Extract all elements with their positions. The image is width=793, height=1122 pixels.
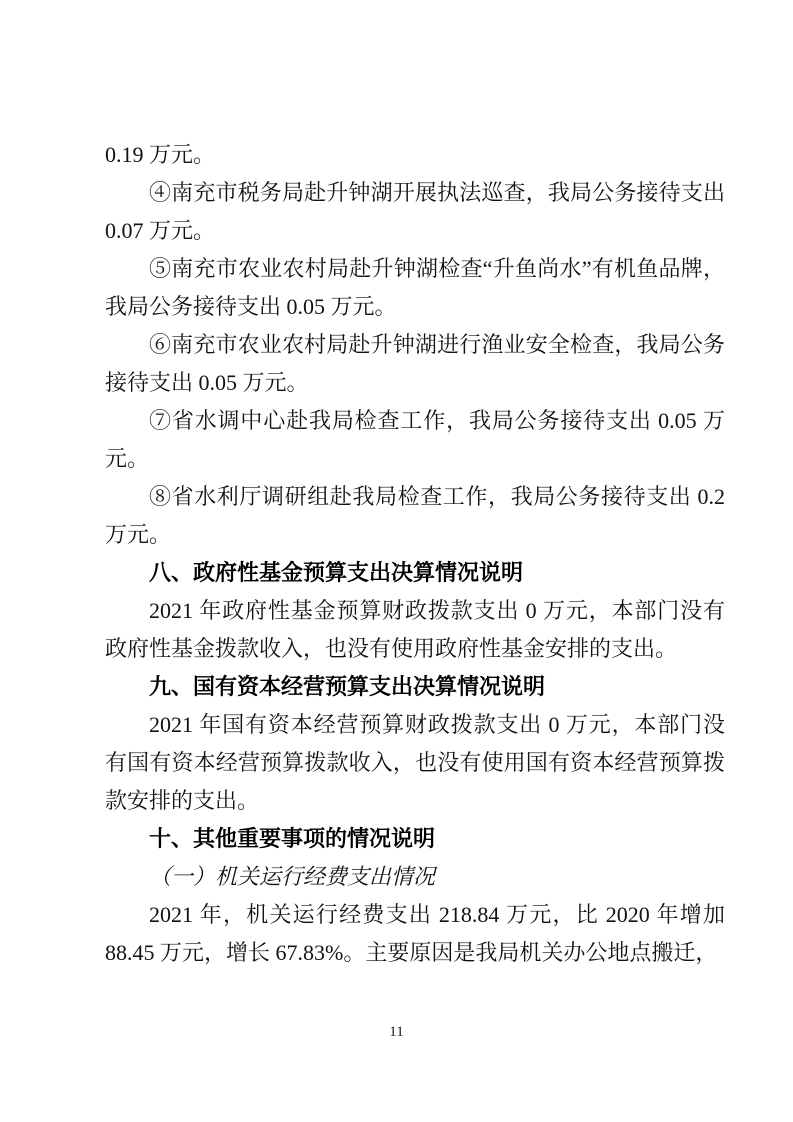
- body-paragraph-state-capital: 2021 年国有资本经营预算财政拨款支出 0 万元，本部门没有国有资本经营预算拨…: [105, 706, 725, 820]
- body-paragraph-gov-fund: 2021 年政府性基金预算财政拨款支出 0 万元，本部门没有政府性基金拨款收入，…: [105, 592, 725, 668]
- body-paragraph-item-8: ⑧省水利厅调研组赴我局检查工作，我局公务接待支出 0.2 万元。: [105, 478, 725, 554]
- section-heading-10: 十、其他重要事项的情况说明: [105, 820, 725, 858]
- subsection-heading-agency-operating-funds: （一）机关运行经费支出情况: [105, 858, 725, 896]
- body-paragraph-item-7: ⑦省水调中心赴我局检查工作，我局公务接待支出 0.05 万元。: [105, 402, 725, 478]
- paragraph-continuation: 0.19 万元。: [105, 136, 725, 174]
- document-page: 0.19 万元。 ④南充市税务局赴升钟湖开展执法巡查，我局公务接待支出 0.07…: [0, 0, 793, 1122]
- page-content: 0.19 万元。 ④南充市税务局赴升钟湖开展执法巡查，我局公务接待支出 0.07…: [105, 136, 725, 972]
- section-heading-8: 八、政府性基金预算支出决算情况说明: [105, 554, 725, 592]
- body-paragraph-item-4: ④南充市税务局赴升钟湖开展执法巡查，我局公务接待支出 0.07 万元。: [105, 174, 725, 250]
- section-heading-9: 九、国有资本经营预算支出决算情况说明: [105, 668, 725, 706]
- body-paragraph-item-5: ⑤南充市农业农村局赴升钟湖检查“升鱼尚水”有机鱼品牌，我局公务接待支出 0.05…: [105, 250, 725, 326]
- body-paragraph-operating-expense: 2021 年，机关运行经费支出 218.84 万元，比 2020 年增加 88.…: [105, 896, 725, 972]
- page-number: 11: [0, 1022, 793, 1042]
- body-paragraph-item-6: ⑥南充市农业农村局赴升钟湖进行渔业安全检查，我局公务接待支出 0.05 万元。: [105, 326, 725, 402]
